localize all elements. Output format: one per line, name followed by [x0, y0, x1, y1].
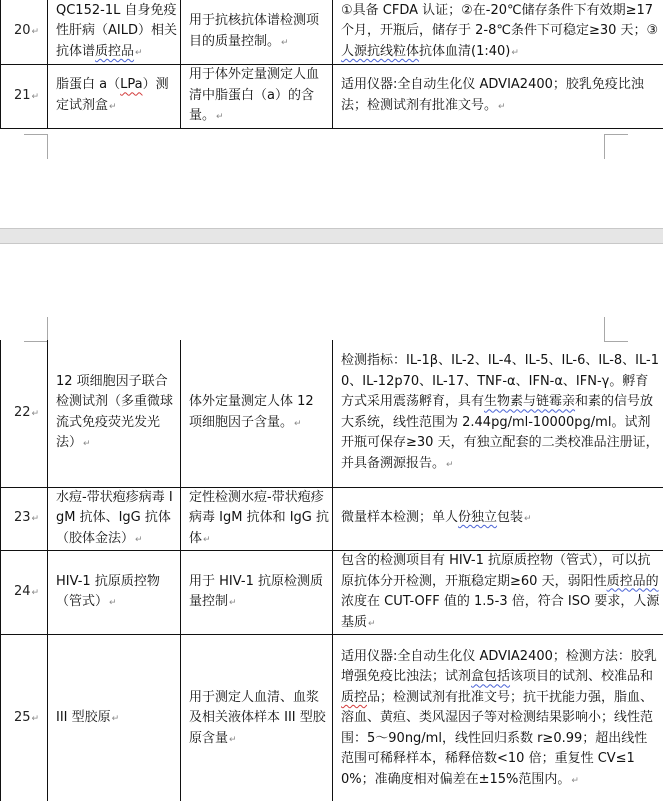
product-spec: 微量样本检测；单人份独立包装↵ [333, 487, 663, 551]
page-corner-mark [604, 134, 628, 159]
row-number: 24↵ [1, 551, 48, 635]
product-name: 12 项细胞因子联合检测试剂（多重微球流式免疫荧光发光法）↵ [48, 340, 181, 487]
table-row: 22↵ 12 项细胞因子联合检测试剂（多重微球流式免疫荧光发光法）↵ 体外定量测… [1, 340, 663, 487]
product-purpose: 用于体外定量测定人血清中脂蛋白（a）的含量。↵ [181, 65, 333, 129]
table-row: 20↵ QC152-1L 自身免疫性肝病（AILD）相关抗体谱质控品↵ 用于抗核… [1, 0, 663, 65]
row-number: 25↵ [1, 635, 48, 801]
product-spec: 适用仪器:全自动生化仪 ADVIA2400；检测方法：胶乳增强免疫比浊法；试剂盒… [333, 635, 663, 801]
row-number: 22↵ [1, 340, 48, 487]
page-corner-mark [24, 317, 48, 342]
table-row: 21↵ 脂蛋白 a（LPa）测定试剂盒↵ 用于体外定量测定人血清中脂蛋白（a）的… [1, 65, 663, 129]
product-name: III 型胶原↵ [48, 635, 181, 801]
product-name: 水痘-带状疱疹病毒 IgM 抗体、IgG 抗体（胶体金法）↵ [48, 487, 181, 551]
product-name: 脂蛋白 a（LPa）测定试剂盒↵ [48, 65, 181, 129]
product-table-page-1: 20↵ QC152-1L 自身免疫性肝病（AILD）相关抗体谱质控品↵ 用于抗核… [0, 0, 663, 129]
product-spec: 包含的检测项目有 HIV-1 抗原质控物（管式），可以抗原抗体分开检测，开瓶稳定… [333, 551, 663, 635]
row-number: 21↵ [1, 65, 48, 129]
product-table-page-2: 22↵ 12 项细胞因子联合检测试剂（多重微球流式免疫荧光发光法）↵ 体外定量测… [0, 340, 663, 801]
row-number: 20↵ [1, 0, 48, 65]
table-row: 25↵ III 型胶原↵ 用于测定人血清、血浆及相关液体样本 III 型胶原含量… [1, 635, 663, 801]
table-row: 24↵ HIV-1 抗原质控物（管式）↵ 用于 HIV-1 抗原检测质量控制↵ … [1, 551, 663, 635]
product-purpose: 定性检测水痘-带状疱疹病毒 IgM 抗体和 IgG 抗体↵ [181, 487, 333, 551]
table-row: 23↵ 水痘-带状疱疹病毒 IgM 抗体、IgG 抗体（胶体金法）↵ 定性检测水… [1, 487, 663, 551]
product-purpose: 体外定量测定人体 12 项细胞因子含量。↵ [181, 340, 333, 487]
product-purpose: 用于 HIV-1 抗原检测质量控制↵ [181, 551, 333, 635]
product-spec: ①具备 CFDA 认证；②在-20℃储存条件下有效期≥17 个月，开瓶后，储存于… [333, 0, 663, 65]
product-purpose: 用于测定人血清、血浆及相关液体样本 III 型胶原含量↵ [181, 635, 333, 801]
page-1: 20↵ QC152-1L 自身免疫性肝病（AILD）相关抗体谱质控品↵ 用于抗核… [0, 0, 663, 228]
product-purpose: 用于抗核抗体谱检测项目的质量控制。↵ [181, 0, 333, 65]
page-corner-mark [604, 317, 628, 342]
page-corner-mark [24, 134, 48, 159]
product-spec: 检测指标：IL-1β、IL-2、IL-4、IL-5、IL-6、IL-8、IL-1… [333, 340, 663, 487]
product-name: QC152-1L 自身免疫性肝病（AILD）相关抗体谱质控品↵ [48, 0, 181, 65]
product-spec: 适用仪器:全自动生化仪 ADVIA2400；胶乳免疫比浊法；检测试剂有批准文号。… [333, 65, 663, 129]
page-separator [0, 228, 663, 244]
product-name: HIV-1 抗原质控物（管式）↵ [48, 551, 181, 635]
row-number: 23↵ [1, 487, 48, 551]
